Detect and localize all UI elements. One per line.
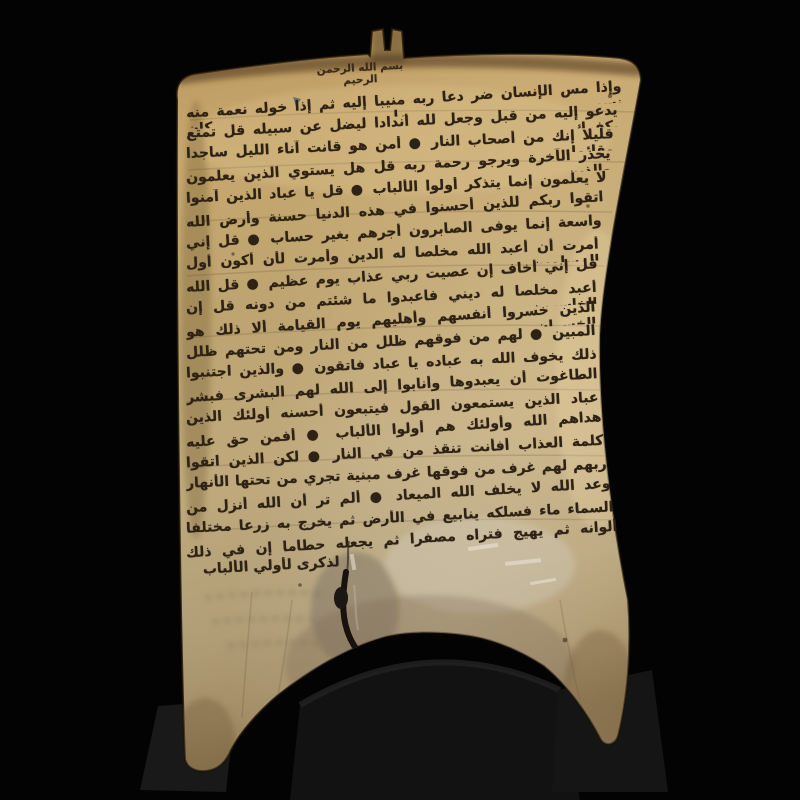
script-text-layer: بسم الله الرحمن الرحيم وإذا مس الإنسان ض…	[0, 0, 800, 800]
tablet-photo: بسم الله الرحمن الرحيم وإذا مس الإنسان ض…	[0, 0, 800, 800]
basmala-header-line: بسم الله الرحمن الرحيم	[298, 59, 423, 85]
